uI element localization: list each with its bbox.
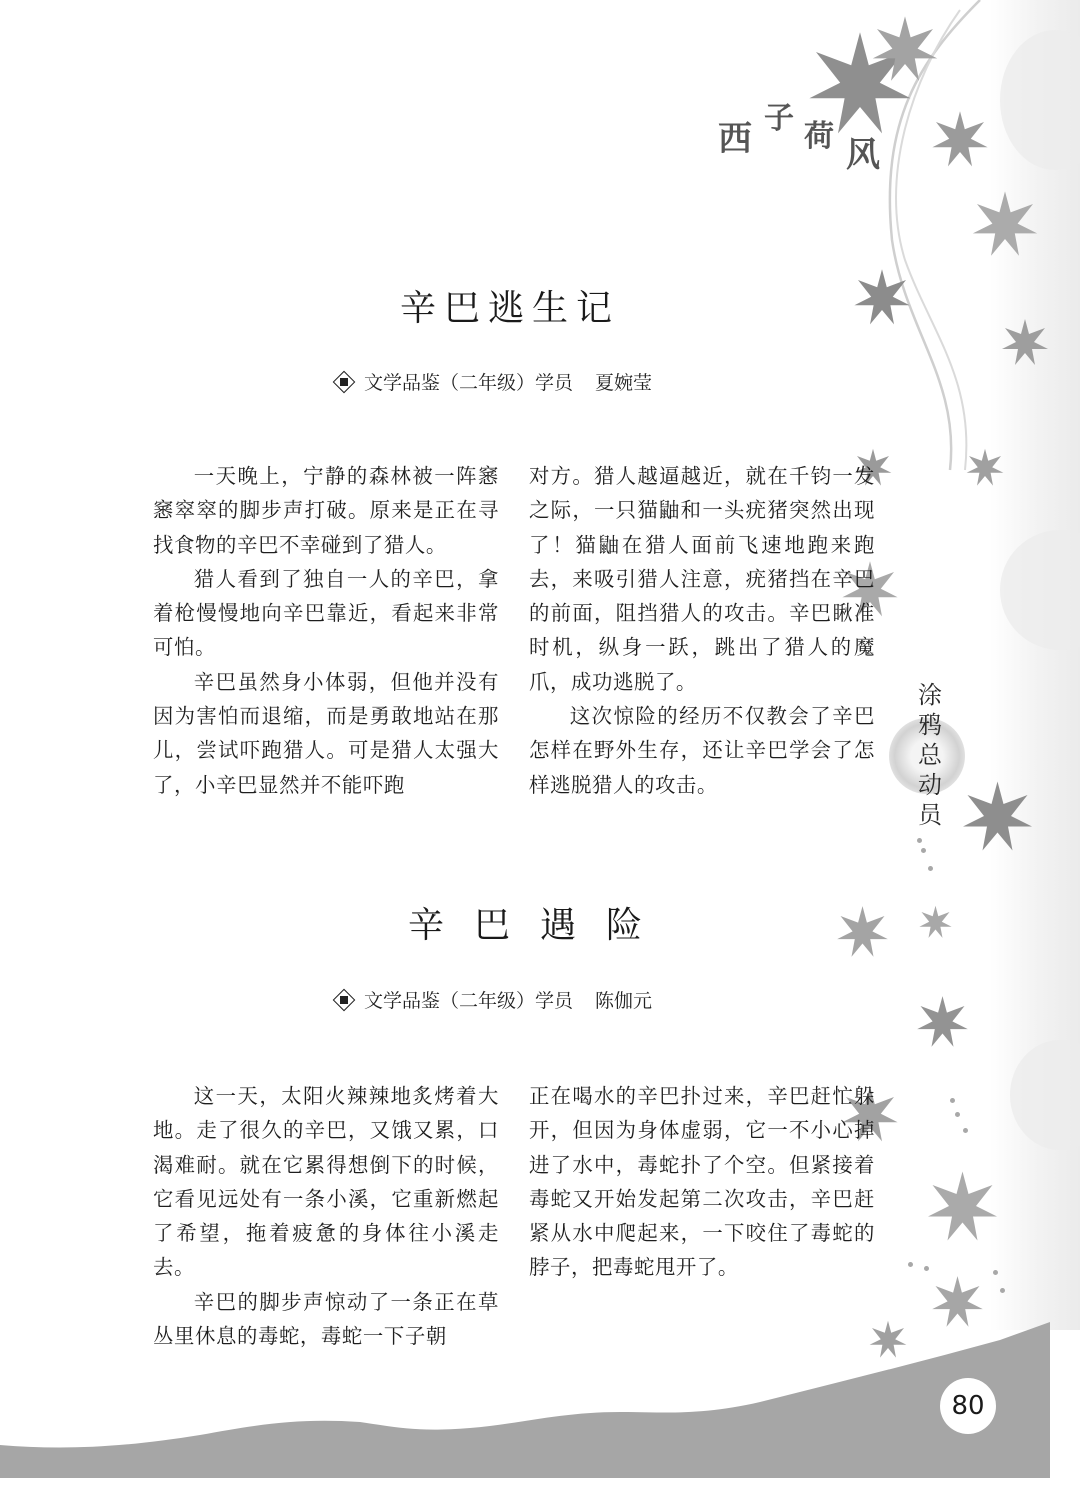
sparkle-dot-icon bbox=[993, 1270, 998, 1275]
bottom-wave-band bbox=[0, 1300, 1080, 1495]
maple-leaf-icon bbox=[870, 15, 940, 85]
side-section-label: 涂鸦总动员 bbox=[903, 680, 963, 840]
maple-leaf-icon bbox=[915, 995, 970, 1050]
column-header-char: 子 bbox=[764, 104, 794, 134]
article-byline: 文学品鉴（二年级）学员 陈伽元 bbox=[334, 986, 652, 1013]
article-title: 辛巴遇险 bbox=[0, 897, 1050, 948]
byline-course: 文学品鉴（二年级）学员 bbox=[364, 368, 573, 395]
maple-leaf-icon bbox=[925, 1170, 1000, 1245]
sparkle-dot-icon bbox=[924, 1266, 929, 1271]
side-label-text: 涂鸦总动员 bbox=[915, 680, 945, 830]
column-header-char: 荷 bbox=[804, 122, 834, 152]
maple-leaf-icon bbox=[970, 190, 1040, 260]
paragraph: 猎人看到了独自一人的辛巴，拿着枪慢慢地向辛巴靠近，看起来非常可怕。 bbox=[153, 562, 499, 665]
sparkle-dot-icon bbox=[921, 848, 926, 853]
byline-author: 陈伽元 bbox=[595, 986, 652, 1013]
sparkle-dot-icon bbox=[1000, 1288, 1005, 1293]
article-text-column-right: 对方。猎人越逼越近，就在千钧一发之际，一只猫鼬和一头疣猪突然出现了！猫鼬在猎人面… bbox=[529, 459, 875, 802]
sparkle-dot-icon bbox=[928, 866, 933, 871]
byline-course: 文学品鉴（二年级）学员 bbox=[364, 986, 573, 1013]
column-header-char: 西 bbox=[718, 122, 752, 156]
page-number: 80 bbox=[940, 1378, 996, 1434]
article-text-column-right: 正在喝水的辛巴扑过来，辛巴赶忙躲开，但因为身体虚弱，它一不小心掉进了水中，毒蛇扑… bbox=[529, 1079, 875, 1285]
paragraph: 一天晚上，宁静的森林被一阵窸窸窣窣的脚步声打破。原来是正在寻找食物的辛巴不幸碰到… bbox=[153, 459, 499, 562]
diamond-bullet-icon bbox=[333, 370, 356, 393]
column-header: 西 子 荷 风 bbox=[716, 108, 896, 178]
paragraph: 这次惊险的经历不仅教会了辛巴怎样在野外生存，还让辛巴学会了怎样逃脱猎人的攻击。 bbox=[529, 699, 875, 802]
sparkle-dot-icon bbox=[908, 1262, 913, 1267]
maple-leaf-icon bbox=[965, 448, 1005, 488]
sparkle-dot-icon bbox=[955, 1112, 960, 1117]
byline-author: 夏婉莹 bbox=[595, 368, 652, 395]
diamond-bullet-icon bbox=[333, 988, 356, 1011]
column-header-char: 风 bbox=[846, 138, 880, 172]
paragraph: 对方。猎人越逼越近，就在千钧一发之际，一只猫鼬和一头疣猪突然出现了！猫鼬在猎人面… bbox=[529, 459, 875, 699]
sparkle-dot-icon bbox=[950, 1098, 955, 1103]
article-text-column-left: 一天晚上，宁静的森林被一阵窸窸窣窣的脚步声打破。原来是正在寻找食物的辛巴不幸碰到… bbox=[153, 459, 499, 802]
article-title: 辛巴逃生记 bbox=[0, 280, 1020, 331]
maple-leaf-icon bbox=[960, 780, 1035, 855]
paragraph: 辛巴虽然身小体弱，但他并没有因为害怕而退缩，而是勇敢地站在那儿，尝试吓跑猎人。可… bbox=[153, 665, 499, 802]
maple-leaf-icon bbox=[930, 110, 990, 170]
article-byline: 文学品鉴（二年级）学员 夏婉莹 bbox=[334, 368, 652, 395]
sparkle-dot-icon bbox=[963, 1128, 968, 1133]
paragraph: 正在喝水的辛巴扑过来，辛巴赶忙躲开，但因为身体虚弱，它一不小心掉进了水中，毒蛇扑… bbox=[529, 1079, 875, 1285]
paragraph: 这一天，太阳火辣辣地炙烤着大地。走了很久的辛巴，又饿又累，口渴难耐。就在它累得想… bbox=[153, 1079, 499, 1285]
